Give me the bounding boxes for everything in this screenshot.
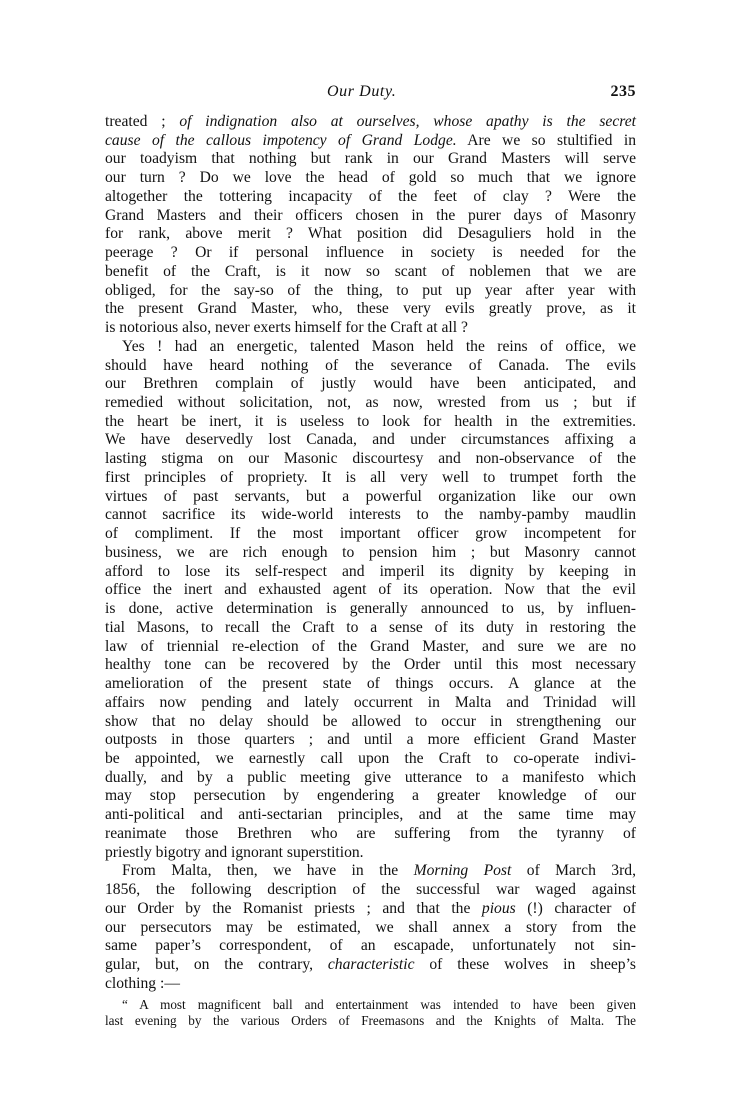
text-line: the present Grand Master, who, these ver… [105,300,636,319]
text-run: law of triennial re-election of the Gran… [105,638,636,655]
text-line: be appointed, we earnestly call upon the… [105,750,636,769]
text-run: office the inert and exhausted agent of … [105,581,636,598]
text-run: obliged, for the say-so of the thing, to… [105,282,636,299]
text-run: clothing :— [105,975,180,992]
text-run: peerage ? Or if personal influence in so… [105,244,636,261]
text-run: lasting stigma on our Masonic discourtes… [105,450,636,467]
text-run: altogether the tottering incapacity of t… [105,188,636,205]
text-run: gular, but, on the contrary, [105,956,328,973]
text-line: virtues of past servants, but a powerful… [105,488,636,507]
text-line: outposts in those quarters ; and until a… [105,731,636,750]
text-line: clothing :— [105,975,636,994]
text-run: (!) character of [516,900,636,917]
text-run: of compliment. If the most important off… [105,525,636,542]
text-run: may stop persecution by engendering a gr… [105,787,636,804]
text-line: is done, active determination is general… [105,600,636,619]
text-run: of March 3rd, [511,862,636,879]
text-line: office the inert and exhausted agent of … [105,581,636,600]
text-run: Grand Masters and their officers chosen … [105,207,636,224]
text-run: From Malta, then, we have in the [122,862,414,879]
text-line: obliged, for the say-so of the thing, to… [105,282,636,301]
text-run: is done, active determination is general… [105,600,636,617]
text-line: lasting stigma on our Masonic discourtes… [105,450,636,469]
text-run: our Brethren complain of justly would ha… [105,375,636,392]
page-number: 235 [611,83,637,101]
text-line: benefit of the Craft, is it now so scant… [105,263,636,282]
text-run: remedied without solicitation, not, as n… [105,394,636,411]
text-run: should have heard nothing of the severan… [105,357,636,374]
text-line: cause of the callous impotency of Grand … [105,132,636,151]
text-run: our Order by the Romanist priests ; and … [105,900,482,917]
text-line: tial Masons, to recall the Craft to a se… [105,619,636,638]
text-line: for rank, above merit ? What position di… [105,225,636,244]
text-run: healthy tone can be recovered by the Ord… [105,656,636,673]
body-text: treated ; of indignation also at ourselv… [105,113,636,994]
text-line: law of triennial re-election of the Gran… [105,638,636,657]
text-run: for rank, above merit ? What position di… [105,225,636,242]
text-run: our toadyism that nothing but rank in ou… [105,150,636,167]
italic-text: Morning Post [414,862,512,879]
text-run: reanimate those Brethren who are sufferi… [105,825,636,842]
italic-text: of indignation also at ourselves, whose … [179,113,636,130]
block-quote: “ A most magnificent ball and entertainm… [105,997,636,1028]
text-run: afford to lose its self-respect and impe… [105,563,636,580]
text-line: show that no delay should be allowed to … [105,713,636,732]
text-line: We have deservedly lost Canada, and unde… [105,431,636,450]
text-run: of these wolves in sheep’s [415,956,637,973]
text-run: We have deservedly lost Canada, and unde… [105,431,636,448]
running-title: Our Duty. [327,83,396,101]
text-line: our turn ? Do we love the head of gold s… [105,169,636,188]
text-line: Yes ! had an energetic, talented Mason h… [105,338,636,357]
text-run: Are we so stultified in [457,132,636,149]
text-run: benefit of the Craft, is it now so scant… [105,263,636,280]
text-run: priestly bigotry and ignorant superstiti… [105,844,364,861]
text-run: the heart be inert, it is useless to loo… [105,413,636,430]
quote-line: last evening by the various Orders of Fr… [105,1013,636,1029]
text-run: same paper’s correspondent, of an escapa… [105,937,636,954]
text-run: show that no delay should be allowed to … [105,713,636,730]
text-run: Yes ! had an energetic, talented Mason h… [122,338,636,355]
text-run: the present Grand Master, who, these ver… [105,300,636,317]
text-line: may stop persecution by engendering a gr… [105,787,636,806]
text-run: be appointed, we earnestly call upon the… [105,750,636,767]
text-line: the heart be inert, it is useless to loo… [105,413,636,432]
quote-line: “ A most magnificent ball and entertainm… [105,997,636,1013]
text-line: reanimate those Brethren who are sufferi… [105,825,636,844]
text-run: cannot sacrifice its wide-world interest… [105,506,636,523]
text-line: healthy tone can be recovered by the Ord… [105,656,636,675]
text-line: dually, and by a public meeting give utt… [105,769,636,788]
running-head: Our Duty. 235 [105,83,636,105]
text-run: our persecutors may be estimated, we sha… [105,919,636,936]
text-line: our toadyism that nothing but rank in ou… [105,150,636,169]
text-line: should have heard nothing of the severan… [105,357,636,376]
text-line: anti-political and anti-sectarian princi… [105,806,636,825]
text-line: same paper’s correspondent, of an escapa… [105,937,636,956]
italic-text: pious [482,900,516,917]
text-run: our turn ? Do we love the head of gold s… [105,169,636,186]
text-run: outposts in those quarters ; and until a… [105,731,636,748]
text-line: 1856, the following description of the s… [105,881,636,900]
text-line: afford to lose its self-respect and impe… [105,563,636,582]
text-run: is notorious also, never exerts himself … [105,319,468,336]
text-run: 1856, the following description of the s… [105,881,636,898]
text-line: our persecutors may be estimated, we sha… [105,919,636,938]
text-line: amelioration of the present state of thi… [105,675,636,694]
text-line: of compliment. If the most important off… [105,525,636,544]
text-line: our Brethren complain of justly would ha… [105,375,636,394]
text-run: amelioration of the present state of thi… [105,675,636,692]
text-run: virtues of past servants, but a powerful… [105,488,636,505]
text-line: treated ; of indignation also at ourselv… [105,113,636,132]
text-line: gular, but, on the contrary, characteris… [105,956,636,975]
text-run: treated ; [105,113,179,130]
text-run: tial Masons, to recall the Craft to a se… [105,619,636,636]
text-run: dually, and by a public meeting give utt… [105,769,636,786]
text-line: remedied without solicitation, not, as n… [105,394,636,413]
text-line: peerage ? Or if personal influence in so… [105,244,636,263]
book-page: Our Duty. 235 treated ; of indignation a… [0,0,739,1110]
text-line: first principles of propriety. It is all… [105,469,636,488]
text-line: affairs now pending and lately occurrent… [105,694,636,713]
italic-text: characteristic [328,956,415,973]
italic-text: cause of the callous impotency of Grand … [105,132,457,149]
text-line: is notorious also, never exerts himself … [105,319,636,338]
text-line: Grand Masters and their officers chosen … [105,207,636,226]
text-line: cannot sacrifice its wide-world interest… [105,506,636,525]
text-run: business, we are rich enough to pension … [105,544,636,561]
text-run: anti-political and anti-sectarian princi… [105,806,636,823]
text-line: From Malta, then, we have in the Morning… [105,862,636,881]
text-line: altogether the tottering incapacity of t… [105,188,636,207]
text-run: affairs now pending and lately occurrent… [105,694,636,711]
text-line: business, we are rich enough to pension … [105,544,636,563]
text-line: our Order by the Romanist priests ; and … [105,900,636,919]
text-run: first principles of propriety. It is all… [105,469,636,486]
text-line: priestly bigotry and ignorant superstiti… [105,844,636,863]
